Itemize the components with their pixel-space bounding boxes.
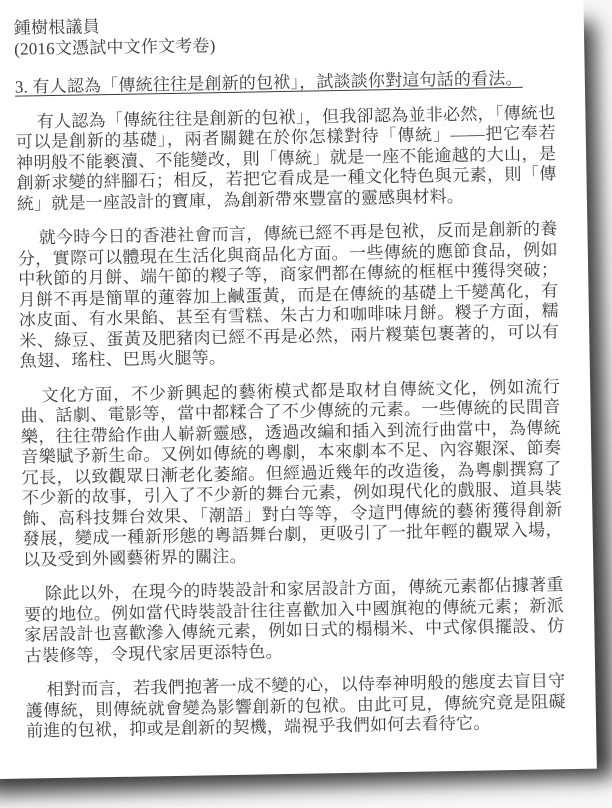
scanned-document-view: 鍾樹根議員 (2016文憑試中文作文考卷) 3. 有人認為「傳統往往是創新的包袱…	[0, 0, 612, 808]
essay-paragraph: 就今時今日的香港社會而言，傳統已經不再是包袱，反而是創新的養分，實際可以體現在生…	[17, 219, 559, 372]
essay-paragraph: 有人認為「傳統往往是創新的包袱」，但我卻認為並非必然，「傳統也可以是創新的基礎」…	[15, 103, 557, 215]
document-content: 鍾樹根議員 (2016文憑試中文作文考卷) 3. 有人認為「傳統往往是創新的包袱…	[14, 9, 567, 742]
document-page: 鍾樹根議員 (2016文憑試中文作文考卷) 3. 有人認為「傳統往往是創新的包袱…	[0, 0, 597, 779]
essay-paragraph: 相對而言，若我們抱著一成不變的心，以侍奉神明般的態度去盲目守護傳統，則傳統就會變…	[25, 671, 566, 742]
question-title: 3. 有人認為「傳統往往是創新的包袱」，試談談你對這句話的看法。	[15, 68, 555, 98]
essay-paragraph: 文化方面，不少新興起的藝術模式都是取材自傳統文化，例如流行曲、話劇、電影等，當中…	[20, 377, 563, 571]
essay-paragraph: 除此以外，在現今的時裝設計和家居設計方面，傳統元素都佔據著重要的地位。例如當代時…	[24, 575, 565, 666]
